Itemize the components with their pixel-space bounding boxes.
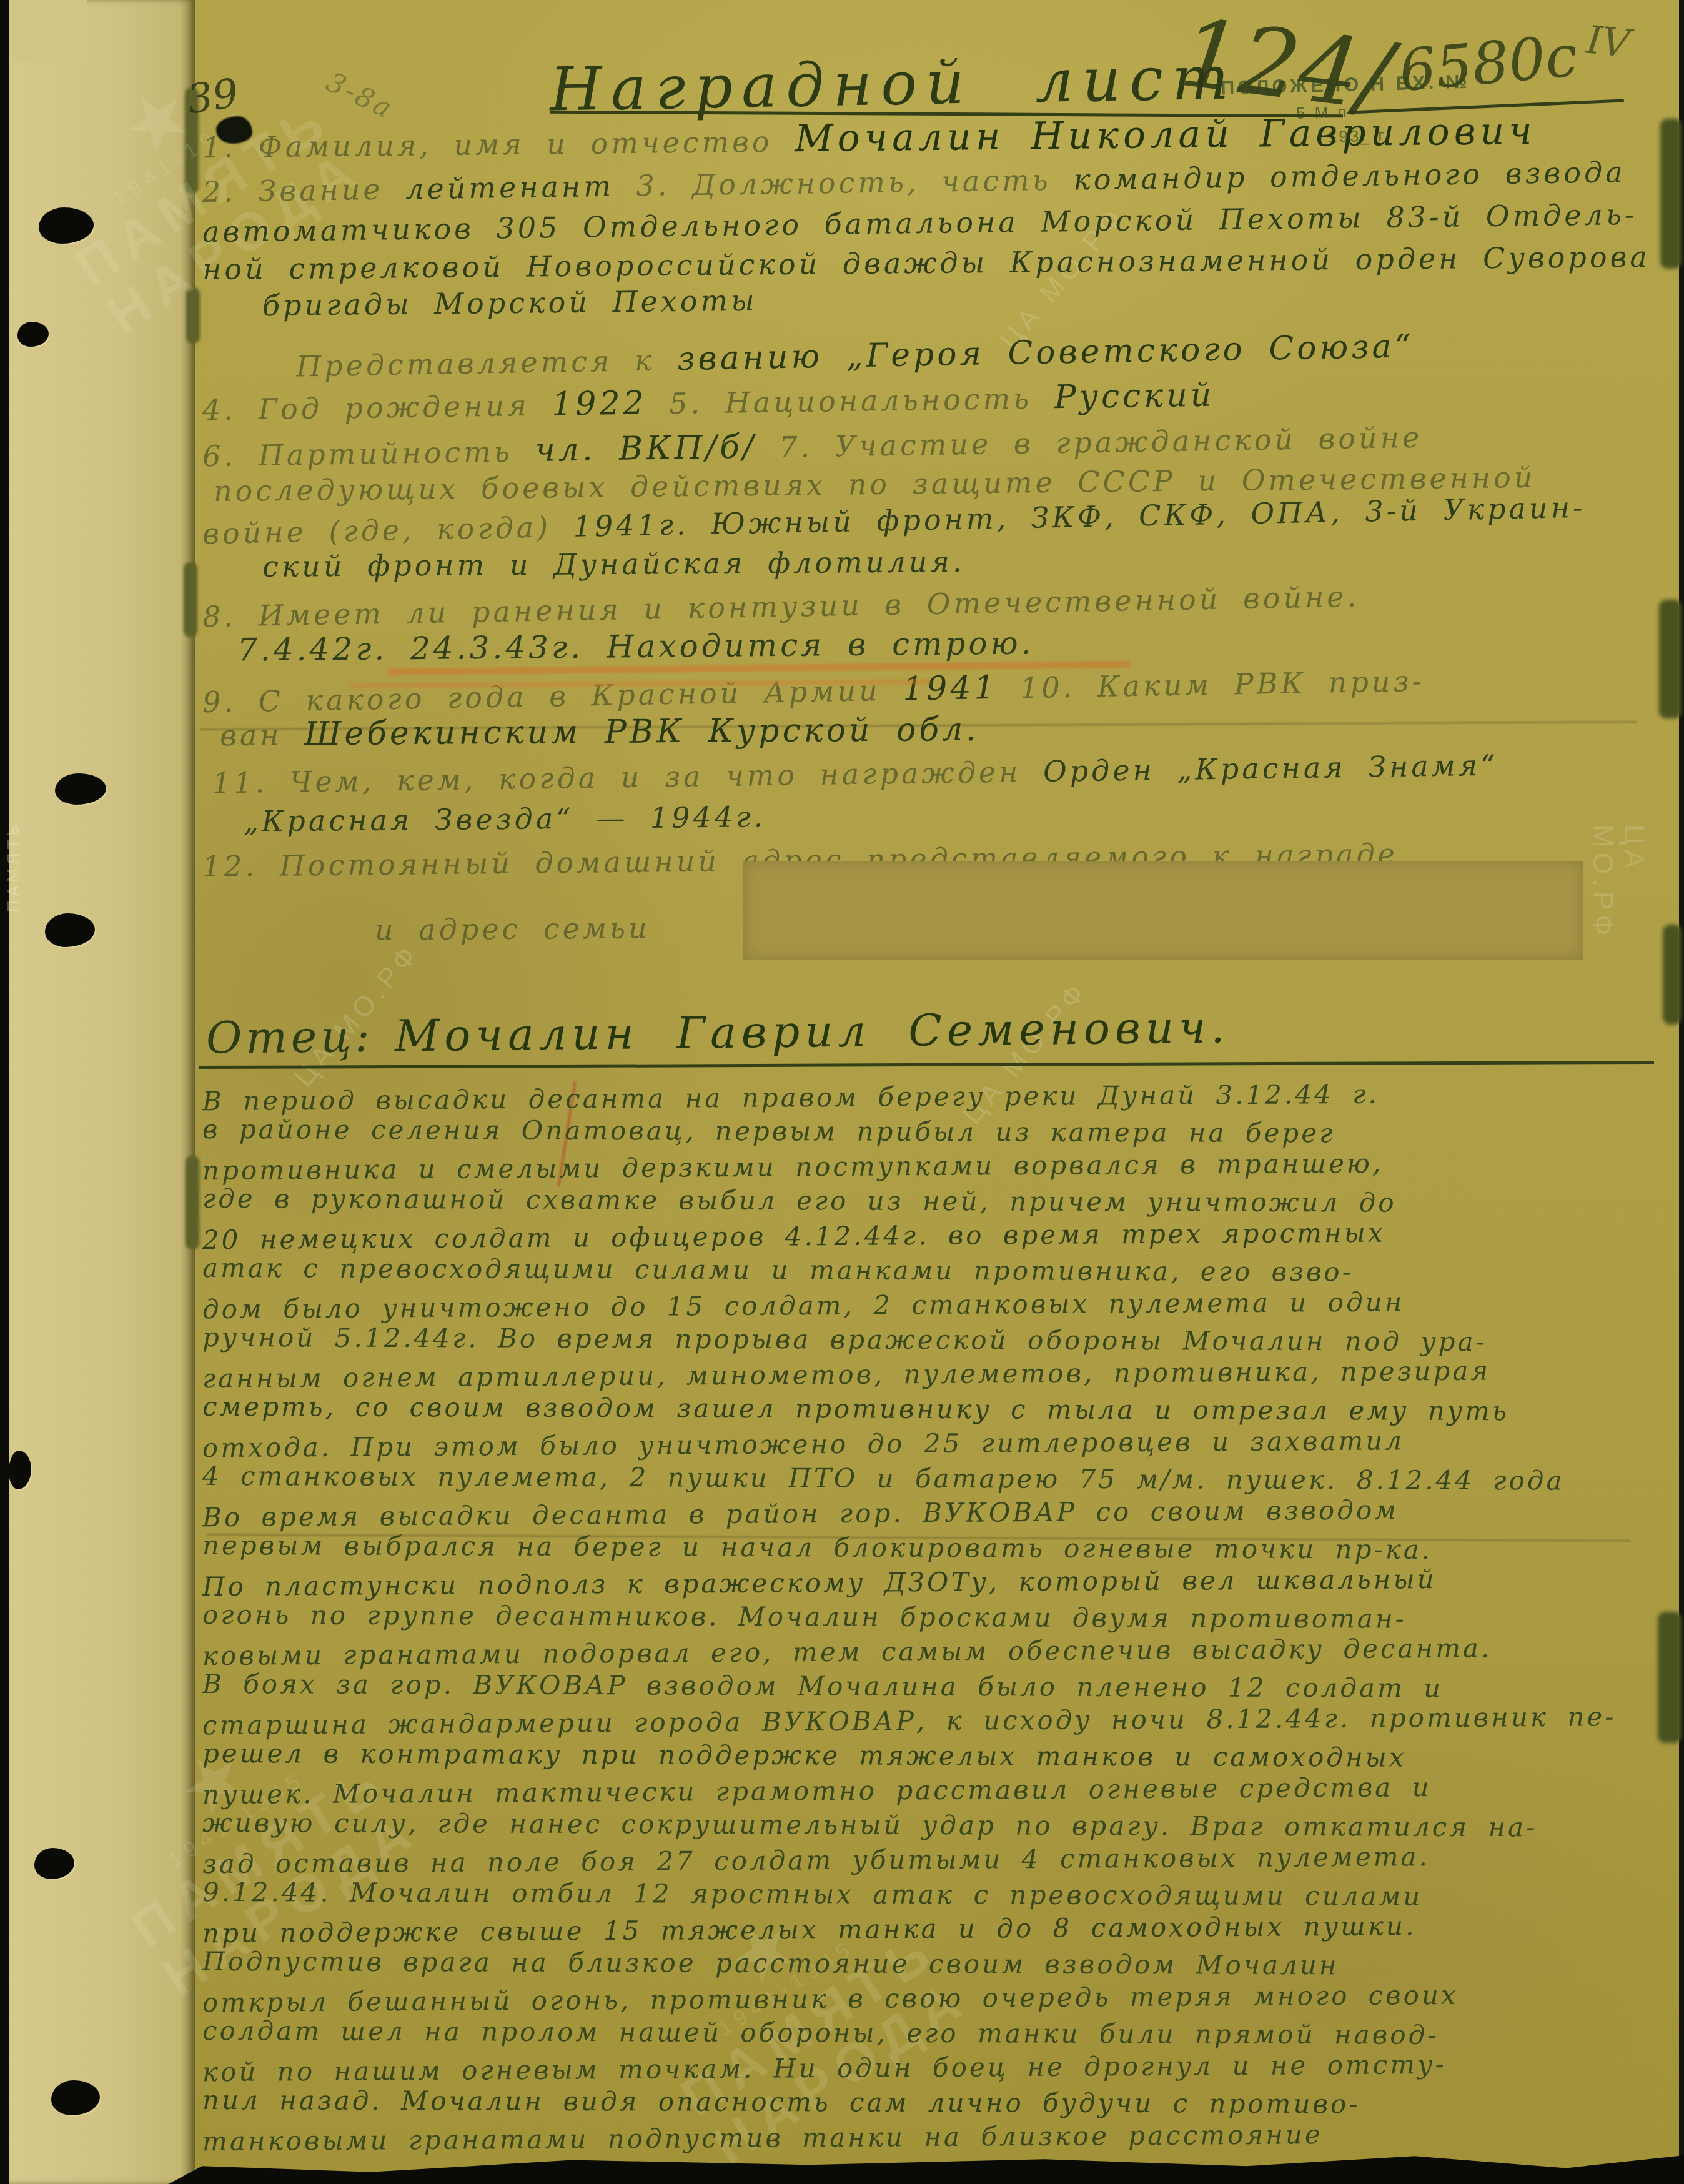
paper-damage [184, 562, 197, 637]
form-segment: 5. Национальность [646, 381, 1054, 420]
document-page: ★ 1941-1945 ПАМЯТЬ НАРОДА ★ 1941-1945 ПА… [0, 0, 1684, 2184]
form-segment: Мочалин Николай Гаврилович [795, 109, 1537, 161]
form-segment: 2. Звание [202, 172, 406, 209]
citation-text: В период высадки десанта на правом берег… [202, 1080, 1664, 2155]
paper-damage [186, 1156, 199, 1249]
citation-line: танковыми гранатами подпустив танки на б… [202, 2115, 1664, 2159]
form-segment: Находится в строю. [607, 625, 1034, 665]
form-segment: 7.4.42г. 24.3.43г. [237, 628, 607, 668]
form-segment: 1. Фамилия, имя и отчество [202, 124, 795, 164]
form-line: ский фронт и Дунайская флотилия. [262, 545, 965, 583]
form-segment: 4. Год рождения [202, 389, 552, 427]
redacted-address [743, 861, 1583, 960]
paper-corner [0, 0, 87, 62]
form-segment: 6. Партийность [202, 434, 535, 473]
page-number-annotation: 39 [184, 71, 241, 124]
father-label: Отец: [206, 1011, 374, 1064]
form-segment: бригады Морской Пехоты [262, 284, 758, 322]
form-segment: войне (где, когда) [202, 510, 574, 550]
form-segment: чл. ВКП/б/ [535, 428, 757, 469]
form-segment: 3. Должность, часть [613, 162, 1073, 202]
form-segment: ван [220, 718, 304, 752]
form-line: ван Шебекинским РВК Курской обл. [220, 711, 979, 753]
form-segment: ский фронт и Дунайская флотилия. [262, 545, 965, 583]
paper-damage [186, 287, 200, 344]
paper-damage [1659, 600, 1682, 718]
father-name: Мочалин Гаврил Семенович. [394, 1001, 1230, 1061]
paper-damage [1660, 119, 1682, 269]
form-segment: Русский [1054, 377, 1214, 417]
paper-damage [1663, 925, 1682, 1025]
form-segment: Орден „Красная Знамя“ [1043, 748, 1499, 788]
father-line: Отец:Мочалин Гаврил Семенович. [206, 1001, 1230, 1063]
form-line: бригады Морской Пехоты [262, 284, 758, 322]
scan-edge-left [0, 0, 9, 2184]
form-segment: Представляется к [296, 343, 678, 384]
form-segment: Шебекинским РВК Курской обл. [304, 711, 979, 753]
form-segment: „Красная Звезда“ — 1944г. [244, 800, 766, 838]
form-line: 7.4.42г. 24.3.43г. Находится в строю. [237, 625, 1034, 668]
form-segment: и адрес семьи [375, 911, 650, 946]
form-line: „Красная Звезда“ — 1944г. [244, 800, 766, 838]
form-segment: лейтенант [405, 169, 614, 206]
form-segment: 1941 [903, 669, 998, 708]
roman-numeral: IV [1584, 17, 1632, 67]
form-segment: 1922 [552, 384, 647, 423]
form-line: и адрес семьи [375, 911, 650, 946]
form-segment: 10. Каким РВК приз- [998, 664, 1425, 705]
scan-edge-right [1679, 0, 1684, 2184]
